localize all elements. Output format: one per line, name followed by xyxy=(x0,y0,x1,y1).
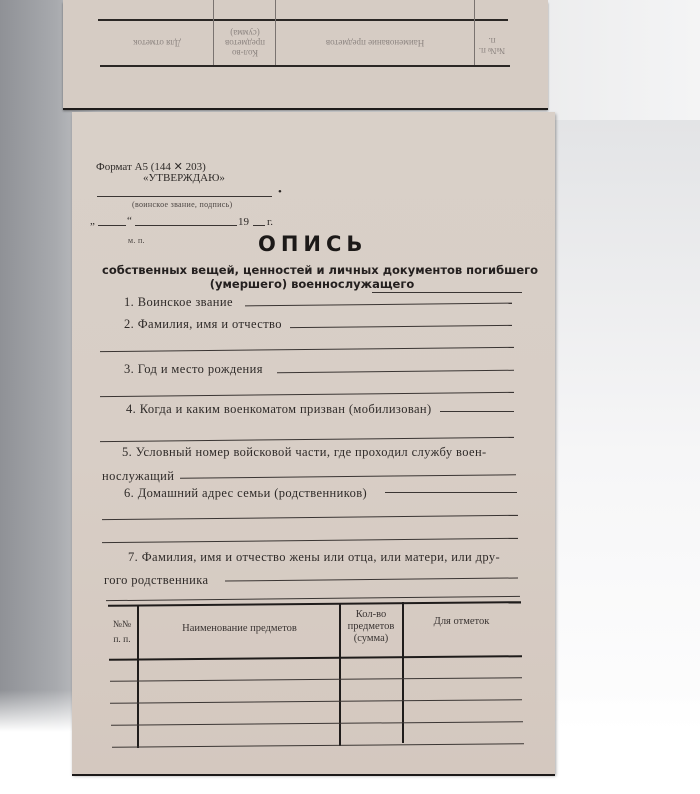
field-1-line[interactable] xyxy=(245,303,512,307)
header-qty: Кол-во предметов (сумма) xyxy=(340,609,402,645)
field-5-number: 5. xyxy=(122,445,132,459)
field-4-number: 4. xyxy=(126,402,136,416)
subtitle-line-2: (умершего) военнослужащего xyxy=(102,277,522,291)
field-5-label: 5. Условный номер войсковой части, где п… xyxy=(122,445,487,460)
header-name: Наименование предметов xyxy=(142,623,337,635)
table-top-border xyxy=(108,601,521,607)
field-2-number: 2. xyxy=(124,317,134,331)
field-4-label: 4. Когда и каким военкоматом призван (мо… xyxy=(126,402,432,417)
field-2-line-2[interactable] xyxy=(100,347,514,352)
field-1-number: 1. xyxy=(124,295,134,309)
field-3-line-2[interactable] xyxy=(100,392,514,397)
table-column-divider xyxy=(213,0,214,65)
date-close-quote: “ xyxy=(127,215,132,227)
table-row[interactable] xyxy=(110,699,522,704)
document-subtitle: собственных вещей, ценностей и личных до… xyxy=(102,263,522,291)
field-2-label: 2. Фамилия, имя и отчество xyxy=(124,317,282,332)
field-1-text: Воинское звание xyxy=(138,295,233,309)
field-7-line-2[interactable] xyxy=(106,596,520,601)
field-7-number: 7. xyxy=(128,550,138,564)
table-header-bottom-border xyxy=(109,655,522,661)
subtitle-rule xyxy=(372,292,522,293)
field-2-line[interactable] xyxy=(290,325,512,328)
field-5-text: Условный номер войсковой части, где прох… xyxy=(136,445,487,459)
header-num-line-2: п. п. xyxy=(108,634,136,646)
table-column-divider xyxy=(275,0,276,65)
header-qty: Кол-во предметов (сумма) xyxy=(216,28,274,58)
dot-mark: • xyxy=(278,186,282,198)
signature-caption: (воинское звание, подпись) xyxy=(132,200,232,209)
header-notes: Для отметок xyxy=(405,616,518,628)
field-1-label: 1. Воинское звание xyxy=(124,295,233,310)
document-title: ОПИСЬ xyxy=(258,232,367,256)
field-3-label: 3. Год и место рождения xyxy=(124,362,263,377)
header-name: Наименование предметов xyxy=(278,38,472,48)
field-7-line[interactable] xyxy=(225,577,518,581)
field-3-number: 3. xyxy=(124,362,134,376)
date-day-line[interactable] xyxy=(98,225,126,226)
subtitle-line-1: собственных вещей, ценностей и личных до… xyxy=(102,263,522,277)
header-num-text: №№ п. п. xyxy=(479,36,506,56)
table-column-divider xyxy=(474,0,475,65)
header-num: №№ п. п. xyxy=(476,36,508,56)
upside-down-table: №№ п. п. Наименование предметов Кол-во п… xyxy=(63,0,548,108)
table-row[interactable] xyxy=(112,743,524,748)
previous-page-sheet: №№ п. п. Наименование предметов Кол-во п… xyxy=(63,0,548,108)
field-6-number: 6. xyxy=(124,486,134,500)
date-year-prefix: 19 xyxy=(238,216,249,228)
date-month-line[interactable] xyxy=(135,225,237,226)
header-num-line-1: №№ xyxy=(108,619,136,631)
table-col-divider-1 xyxy=(137,605,139,748)
field-4-line[interactable] xyxy=(440,411,514,412)
field-6-text: Домашний адрес семьи (родственников) xyxy=(138,486,367,500)
header-notes: Для отметок xyxy=(102,38,212,48)
header-num: №№ п. п. xyxy=(108,619,136,646)
field-7-text: Фамилия, имя и отчество жены или отца, и… xyxy=(142,550,500,564)
table-row[interactable] xyxy=(110,677,522,682)
stamp-label: м. п. xyxy=(128,236,145,245)
date-year-line[interactable] xyxy=(253,225,265,226)
approve-label: «УТВЕРЖДАЮ» xyxy=(143,172,225,184)
field-6-label: 6. Домашний адрес семьи (родственников) xyxy=(124,486,367,501)
inventory-form-sheet: Формат А5 (144 ✕ 203) «УТВЕРЖДАЮ» • (вои… xyxy=(72,112,555,774)
field-4-text: Когда и каким военкоматом призван (мобил… xyxy=(140,402,432,416)
field-7-label: 7. Фамилия, имя и отчество жены или отца… xyxy=(128,550,500,565)
field-2-text: Фамилия, имя и отчество xyxy=(138,317,282,331)
field-6-line-3[interactable] xyxy=(102,538,518,543)
field-4-line-2[interactable] xyxy=(100,437,514,442)
date-year-suffix: г. xyxy=(267,216,273,228)
field-5-continuation: нослужащий xyxy=(102,469,174,484)
field-3-text: Год и место рождения xyxy=(138,362,263,376)
field-6-line[interactable] xyxy=(385,492,517,493)
field-6-line-2[interactable] xyxy=(102,515,518,520)
signature-line[interactable] xyxy=(97,196,272,197)
table-rule xyxy=(98,19,508,21)
date-open-quote: „ xyxy=(90,215,95,227)
header-qty-line-1: Кол-во xyxy=(340,609,402,621)
table-row[interactable] xyxy=(111,721,523,726)
header-qty-line-3: (сумма) xyxy=(340,633,402,645)
field-3-line[interactable] xyxy=(277,370,514,373)
field-5-line[interactable] xyxy=(180,474,516,479)
header-qty-line-2: предметов xyxy=(340,621,402,633)
field-7-continuation: гого родственника xyxy=(104,573,208,588)
table-rule xyxy=(100,65,510,67)
